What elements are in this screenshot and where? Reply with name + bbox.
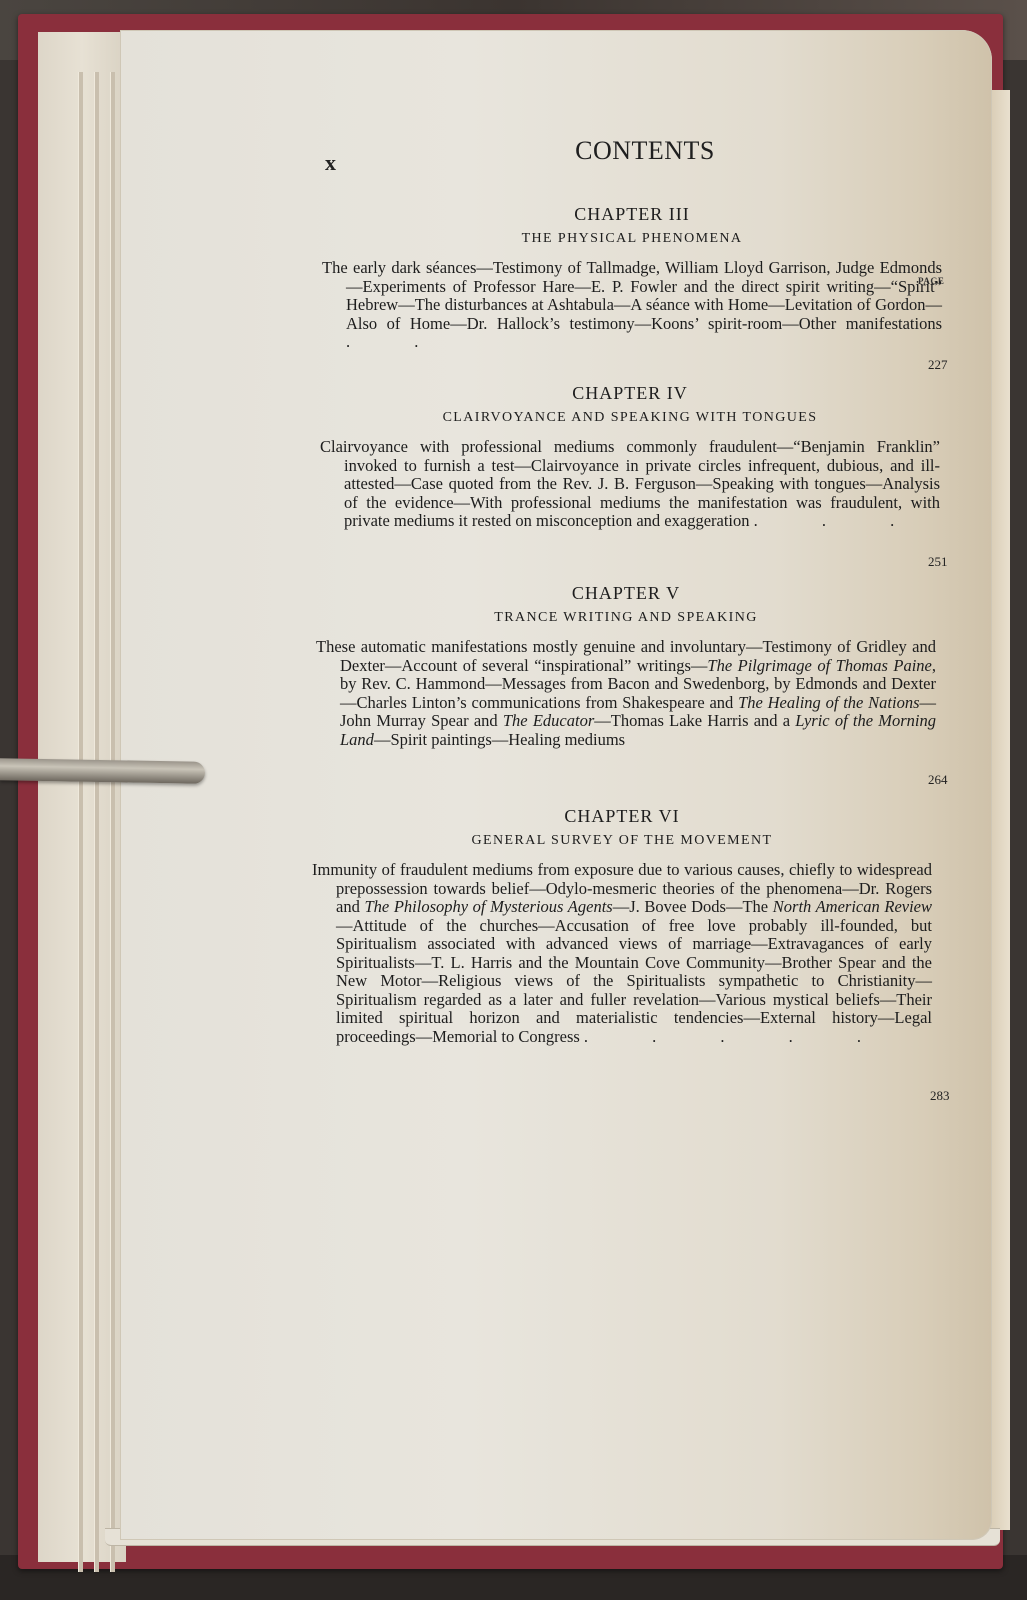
page-folio: x: [325, 150, 336, 176]
book-title-italic: The Philosophy of Mysterious Agents: [364, 897, 612, 916]
chapter-entry: CHAPTER IV CLAIRVOYANCE AND SPEAKING WIT…: [320, 383, 940, 531]
gutter-fold: [110, 72, 115, 1572]
page-number: 283: [930, 1088, 950, 1104]
page-number: 227: [928, 357, 948, 373]
chapter-entry: CHAPTER VI GENERAL SURVEY OF THE MOVEMEN…: [312, 806, 932, 1046]
summary-text: —J. Bovee Dods—The: [613, 897, 773, 916]
chapter-summary: The early dark séances—Testimony of Tall…: [322, 259, 942, 352]
gutter-fold: [78, 72, 83, 1572]
summary-text: The early dark séances—Testimony of Tall…: [322, 258, 942, 333]
chapter-title: THE PHYSICAL PHENOMENA: [322, 231, 942, 247]
summary-text: —Thomas Lake Harris and a: [594, 711, 795, 730]
chapter-summary: Immunity of fraudulent mediums from expo…: [312, 861, 932, 1046]
gutter-fold: [94, 72, 99, 1572]
page-number: 264: [928, 772, 948, 788]
dot-leader: . .: [346, 332, 448, 351]
chapter-title: GENERAL SURVEY OF THE MOVEMENT: [312, 833, 932, 849]
chapter-number: CHAPTER VI: [312, 806, 932, 827]
book-title-italic: The Healing of the Nations: [738, 693, 919, 712]
letter-opener-bookmark: [0, 758, 205, 784]
chapter-summary: These automatic manifestations mostly ge…: [316, 638, 936, 749]
book-title-italic: The Pilgrimage of Thomas Paine: [707, 656, 932, 675]
book-title-italic: North American Review: [773, 897, 932, 916]
chapter-entry: CHAPTER III THE PHYSICAL PHENOMENA The e…: [322, 204, 942, 352]
page-number: 251: [928, 554, 948, 570]
chapter-summary: Clairvoyance with professional mediums c…: [320, 438, 940, 531]
dot-leader: . . .: [754, 511, 925, 530]
dot-leader: . . . . .: [584, 1027, 891, 1046]
page-title: CONTENTS: [520, 136, 770, 166]
chapter-entry: CHAPTER V TRANCE WRITING AND SPEAKING Th…: [316, 583, 936, 749]
book-title-italic: The Educator: [503, 711, 594, 730]
page-stack-edge: [990, 90, 1010, 1530]
summary-text: —Spirit paintings—Healing mediums: [374, 730, 625, 749]
book-gutter: [38, 32, 126, 1562]
chapter-number: CHAPTER IV: [320, 383, 940, 404]
chapter-number: CHAPTER V: [316, 583, 936, 604]
chapter-title: CLAIRVOYANCE AND SPEAKING WITH TONGUES: [320, 410, 940, 426]
chapter-number: CHAPTER III: [322, 204, 942, 225]
chapter-title: TRANCE WRITING AND SPEAKING: [316, 610, 936, 626]
